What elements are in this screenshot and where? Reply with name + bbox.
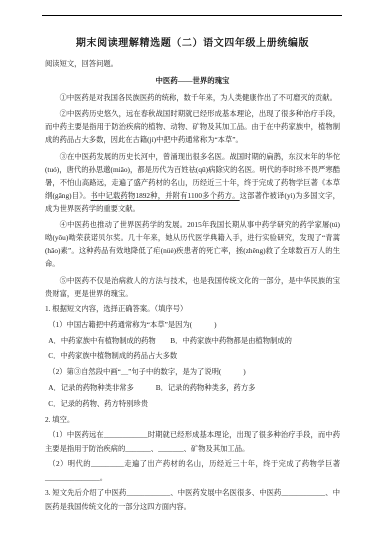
underlined-sentence: 书中记载药物1892种，并附有1100多个药方。 xyxy=(91,191,240,200)
passage-title: 中医药——世界的瑰宝 xyxy=(45,74,340,87)
reading-instruction: 阅读短文，回答问题。 xyxy=(45,58,340,70)
question-2-header: 2. 填空。 xyxy=(45,413,340,426)
question-2-2-fill-blank: （2）明代的_________走遍了出产药材的名山，历经近三十年，终于完成了药物… xyxy=(45,457,340,483)
document-page: 期末阅读理解精选题（二）语文四年级上册统编版 阅读短文，回答问题。 中医药——世… xyxy=(0,0,382,540)
page-title: 期末阅读理解精选题（二）语文四年级上册统编版 xyxy=(45,37,340,50)
question-1-header: 1. 根据短文内容，选择正确答案。（填序号） xyxy=(45,302,340,315)
question-1-2-option-c: C．记录的药物、药方特别珍贵 xyxy=(45,397,340,410)
question-2-1-fill-blank: （1）中医药远在____________时期就已经形成基本理论，出现了很多种治疗… xyxy=(45,428,340,454)
question-1-1-options-ab: A．中药家族中有植物制成的药物 B．中药家族中药物都是由植物制成的 xyxy=(45,334,340,347)
passage-paragraph-3: ③在中医药发展的历史长河中，曾涌现出很多名医。战国时期的扁鹊，东汉末年的华佗(t… xyxy=(45,150,340,215)
passage-paragraph-2: ②中医药历史悠久，远在春秋战国时期就已经形成基本理论，出现了很多种治疗手段，而中… xyxy=(45,107,340,146)
question-1-2-options-ab: A．记录的药物种类非常多 B．记录的药物种类多，药方多 xyxy=(45,381,340,394)
passage-paragraph-5: ⑤中医药不仅是治病救人的方法与技术，也是我国传统文化的一部分，是中华民族的宝贵财… xyxy=(45,274,340,300)
question-3-fill-blank: 3. 短文先后介绍了中医药____________、中医药发展中名医很多、中医药… xyxy=(45,486,340,512)
passage-paragraph-1: ①中医药是对我国各民族医药的统称，数千年来，为人类健康作出了不可磨灭的贡献。 xyxy=(45,91,340,104)
question-1-1-stem: （1）中国古籍把中药通常称为“本草”是因为( ) xyxy=(45,318,340,331)
question-1-2-stem: （2）第③自然段中画“＿”句子中的数字，是为了说明( ) xyxy=(45,365,340,378)
question-1-1-option-c: C．中药家族中植物制成的药品占大多数 xyxy=(45,349,340,362)
passage-paragraph-4: ④中医药也推动了世界医药学的发展。2015年我国长期从事中药学研究的药学家屠(t… xyxy=(45,218,340,270)
page-content: 期末阅读理解精选题（二）语文四年级上册统编版 阅读短文，回答问题。 中医药——世… xyxy=(45,0,340,513)
